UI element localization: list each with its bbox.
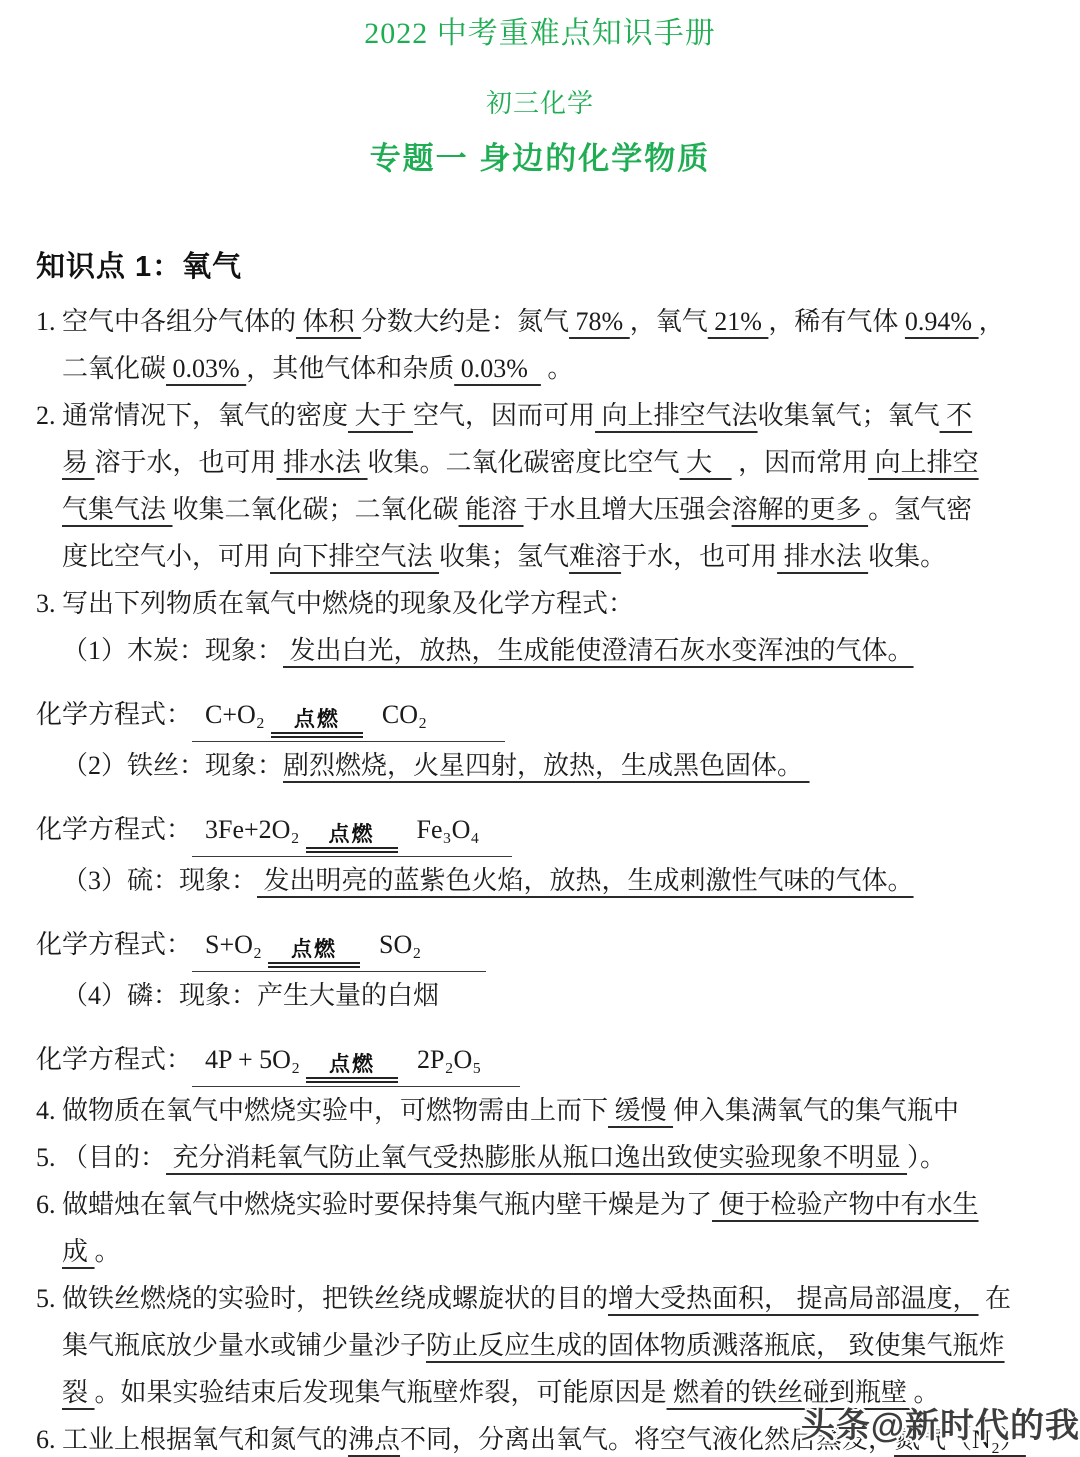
doc-line: 气集气法 收集二氧化碳；二氧化碳 能溶 于水且增大压强会溶解的更多 。氢气密 bbox=[0, 486, 1080, 533]
equation-label: 化学方程式： bbox=[36, 1045, 192, 1074]
text-segment: 二氧化碳 bbox=[62, 354, 166, 383]
text-segment: ，稀有气体 bbox=[768, 307, 905, 336]
text-segment: 6. 做蜡烛在氧气中燃烧实验时要保持集气瓶内壁干燥是为了 bbox=[36, 1190, 712, 1219]
blank-answer: 0.03% bbox=[166, 354, 246, 383]
doc-line: 度比空气小，可用 向下排空气法 收集；氢气难溶于水，也可用 排水法 收集。 bbox=[0, 533, 1080, 580]
blank-answer: 0.94% bbox=[905, 307, 979, 336]
double-bar-icon bbox=[268, 962, 360, 968]
doc-line: 易 溶于水，也可用 排水法 收集。二氧化碳密度比空气 大 ，因而常用 向上排空 bbox=[0, 439, 1080, 486]
ignite-condition-text: 点燃 bbox=[271, 709, 363, 731]
blank-answer: 裂 bbox=[62, 1378, 95, 1407]
equation-products: SO₂ bbox=[366, 930, 486, 959]
equation: S+O₂点燃 SO₂ bbox=[192, 925, 486, 972]
text-segment: 收集；氢气 bbox=[439, 542, 569, 571]
text-segment: 收集。二氧化碳密度比空气 bbox=[368, 448, 680, 477]
equation-line: 化学方程式： C+O₂点燃 CO₂ bbox=[0, 674, 1080, 742]
doc-subtitle: 初三化学 bbox=[0, 88, 1080, 120]
text-segment: 于水，也可用 bbox=[621, 542, 777, 571]
blank-answer: 便于检验产物中有水生 bbox=[712, 1190, 979, 1219]
text-segment: 2. 通常情况下，氧气的密度 bbox=[36, 401, 348, 430]
blank-answer: 排水法 bbox=[277, 448, 368, 477]
blank-answer: 防止反应生成的固体物质溅落瓶底， 致使集气瓶炸 bbox=[426, 1331, 1005, 1360]
blank-answer: 发出明亮的蓝紫色火焰，放热，生成刺激性气味的气体。 bbox=[257, 866, 914, 895]
text-segment: 收集二氧化碳；二氧化碳 bbox=[173, 495, 459, 524]
text-segment: ，其他气体和杂质 bbox=[246, 354, 454, 383]
blank-answer: 大 bbox=[680, 448, 732, 477]
text-segment: 在 bbox=[979, 1284, 1012, 1313]
text-segment: 收集。 bbox=[868, 542, 946, 571]
ignite-condition-text: 点燃 bbox=[306, 1054, 398, 1076]
ignite-condition-symbol: 点燃 bbox=[306, 1054, 398, 1083]
doc-line: 1. 空气中各组分气体的 体积 分数大约是：氮气 78% ，氧气 21% ，稀有… bbox=[0, 298, 1080, 345]
blank-answer: 21% bbox=[708, 307, 769, 336]
equation-products: 2P₂O₅ bbox=[404, 1045, 520, 1074]
blank-answer: 不 bbox=[940, 401, 973, 430]
blank-answer: 向下排空气法 bbox=[270, 542, 439, 571]
equation-reactants: C+O₂ bbox=[192, 700, 265, 729]
blank-answer: 充分消耗氧气防止氧气受热膨胀从瓶口逸出致使实验现象不明显 bbox=[166, 1143, 907, 1172]
blank-answer: 难溶 bbox=[569, 542, 621, 571]
text-segment: 分数大约是：氮气 bbox=[361, 307, 569, 336]
text-segment: 。 bbox=[95, 1237, 121, 1266]
doc-line: （4）磷：现象：产生大量的白烟 bbox=[0, 972, 1080, 1019]
text-segment: 溶于水，也可用 bbox=[95, 448, 277, 477]
text-segment: 6. 工业上根据氧气和氮气的 bbox=[36, 1425, 348, 1454]
ignite-condition-text: 点燃 bbox=[306, 824, 398, 846]
equation-reactants: S+O₂ bbox=[192, 930, 262, 959]
text-segment: 1. 空气中各组分气体的 bbox=[36, 307, 296, 336]
blank-answer: 增大受热面积， 提高局部温度， bbox=[608, 1284, 979, 1313]
text-segment: 收集氧气；氧气 bbox=[758, 401, 940, 430]
watermark: 头条@新时代的我 bbox=[801, 1398, 1080, 1447]
equation-reactants: 4P + 5O₂ bbox=[192, 1045, 300, 1074]
text-segment: （3）硫：现象： bbox=[62, 866, 257, 895]
blank-answer: 0.03% bbox=[454, 354, 541, 383]
blank-answer: 溶解的更多 bbox=[732, 495, 869, 524]
doc-line: （3）硫：现象： 发出明亮的蓝紫色火焰，放热，生成刺激性气味的气体。 bbox=[0, 857, 1080, 904]
doc-line: 4. 做物质在氧气中燃烧实验中，可燃物需由上而下 缓慢 伸入集满氧气的集气瓶中 bbox=[0, 1087, 1080, 1134]
equation: 3Fe+2O₂点燃 Fe₃O₄ bbox=[192, 810, 512, 857]
ignite-condition-symbol: 点燃 bbox=[306, 824, 398, 853]
text-segment: 伸入集满氧气的集气瓶中 bbox=[673, 1096, 959, 1125]
blank-answer: 沸点 bbox=[348, 1425, 400, 1454]
text-segment: 5. （目的： bbox=[36, 1143, 166, 1172]
blank-answer: 缓慢 bbox=[608, 1096, 673, 1125]
section-heading: 知识点 1：氧气 bbox=[0, 250, 1080, 284]
blank-answer: 体积 bbox=[296, 307, 361, 336]
text-segment: 度比空气小，可用 bbox=[62, 542, 270, 571]
doc-topic: 专题一 身边的化学物质 bbox=[0, 140, 1080, 178]
document-page: 2022 中考重难点知识手册 初三化学 专题一 身边的化学物质 知识点 1：氧气… bbox=[0, 0, 1080, 1457]
text-segment: 。氢气密 bbox=[868, 495, 972, 524]
doc-line: 3. 写出下列物质在氧气中燃烧的现象及化学方程式： bbox=[0, 580, 1080, 627]
equation-products: CO₂ bbox=[369, 700, 505, 729]
text-segment: ，因而常用 bbox=[732, 448, 869, 477]
text-segment: 于水且增大压强会 bbox=[524, 495, 732, 524]
text-segment: 5. 做铁丝燃烧的实验时，把铁丝绕成螺旋状的目的 bbox=[36, 1284, 608, 1313]
blank-answer: 易 bbox=[62, 448, 95, 477]
blank-answer: 向上排空 bbox=[868, 448, 979, 477]
double-bar-icon bbox=[306, 847, 398, 853]
ignite-condition-symbol: 点燃 bbox=[268, 939, 360, 968]
equation-label: 化学方程式： bbox=[36, 930, 192, 959]
doc-line: 集气瓶底放少量水或铺少量沙子防止反应生成的固体物质溅落瓶底， 致使集气瓶炸 bbox=[0, 1322, 1080, 1369]
blank-answer: 78% bbox=[569, 307, 630, 336]
equation-line: 化学方程式： 3Fe+2O₂点燃 Fe₃O₄ bbox=[0, 789, 1080, 857]
text-segment: 3. 写出下列物质在氧气中燃烧的现象及化学方程式： bbox=[36, 589, 634, 618]
equation-products: Fe₃O₄ bbox=[404, 815, 512, 844]
blank-answer: 气集气法 bbox=[62, 495, 173, 524]
equation-line: 化学方程式： 4P + 5O₂点燃 2P₂O₅ bbox=[0, 1019, 1080, 1087]
blank-answer: 能溶 bbox=[459, 495, 524, 524]
blank-answer: 发出白光，放热，生成能使澄清石灰水变浑浊的气体。 bbox=[283, 636, 914, 665]
blank-answer: 排水法 bbox=[777, 542, 868, 571]
equation-label: 化学方程式： bbox=[36, 700, 192, 729]
document-body: 1. 空气中各组分气体的 体积 分数大约是：氮气 78% ，氧气 21% ，稀有… bbox=[0, 298, 1080, 1457]
doc-line: 5. （目的： 充分消耗氧气防止氧气受热膨胀从瓶口逸出致使实验现象不明显 ）。 bbox=[0, 1134, 1080, 1181]
blank-answer: 剧烈燃烧，火星四射，放热，生成黑色固体。 bbox=[283, 751, 810, 780]
doc-line: 成 。 bbox=[0, 1228, 1080, 1275]
double-bar-icon bbox=[306, 1077, 398, 1083]
text-segment: （2）铁丝：现象： bbox=[62, 751, 283, 780]
equation-line: 化学方程式： S+O₂点燃 SO₂ bbox=[0, 904, 1080, 972]
blank-answer: 大于 bbox=[348, 401, 413, 430]
doc-line: 5. 做铁丝燃烧的实验时，把铁丝绕成螺旋状的目的增大受热面积， 提高局部温度， … bbox=[0, 1275, 1080, 1322]
doc-line: 二氧化碳 0.03% ，其他气体和杂质 0.03% 。 bbox=[0, 345, 1080, 392]
text-segment: 。如果实验结束后发现集气瓶壁炸裂，可能原因是 bbox=[95, 1378, 667, 1407]
doc-title: 2022 中考重难点知识手册 bbox=[0, 16, 1080, 52]
blank-answer: 向上排空气法 bbox=[595, 401, 758, 430]
text-segment: 集气瓶底放少量水或铺少量沙子 bbox=[62, 1331, 426, 1360]
text-segment: ，氧气 bbox=[630, 307, 708, 336]
equation: C+O₂点燃 CO₂ bbox=[192, 695, 505, 742]
text-segment: （4）磷：现象：产生大量的白烟 bbox=[62, 981, 439, 1010]
text-segment: 。 bbox=[541, 354, 574, 383]
ignite-condition-text: 点燃 bbox=[268, 939, 360, 961]
text-segment: （1）木炭：现象： bbox=[62, 636, 283, 665]
doc-line: 6. 做蜡烛在氧气中燃烧实验时要保持集气瓶内壁干燥是为了 便于检验产物中有水生 bbox=[0, 1181, 1080, 1228]
text-segment: ， bbox=[979, 307, 1005, 336]
doc-line: （2）铁丝：现象：剧烈燃烧，火星四射，放热，生成黑色固体。 bbox=[0, 742, 1080, 789]
equation: 4P + 5O₂点燃 2P₂O₅ bbox=[192, 1040, 520, 1087]
blank-answer: 成 bbox=[62, 1237, 95, 1266]
text-segment: ）。 bbox=[907, 1143, 946, 1172]
text-segment: 4. 做物质在氧气中燃烧实验中，可燃物需由上而下 bbox=[36, 1096, 608, 1125]
text-segment: 空气，因而可用 bbox=[413, 401, 595, 430]
double-bar-icon bbox=[271, 732, 363, 738]
ignite-condition-symbol: 点燃 bbox=[271, 709, 363, 738]
equation-label: 化学方程式： bbox=[36, 815, 192, 844]
doc-line: 2. 通常情况下，氧气的密度 大于 空气，因而可用 向上排空气法收集氧气；氧气 … bbox=[0, 392, 1080, 439]
equation-reactants: 3Fe+2O₂ bbox=[192, 815, 300, 844]
doc-line: （1）木炭：现象： 发出白光，放热，生成能使澄清石灰水变浑浊的气体。 bbox=[0, 627, 1080, 674]
